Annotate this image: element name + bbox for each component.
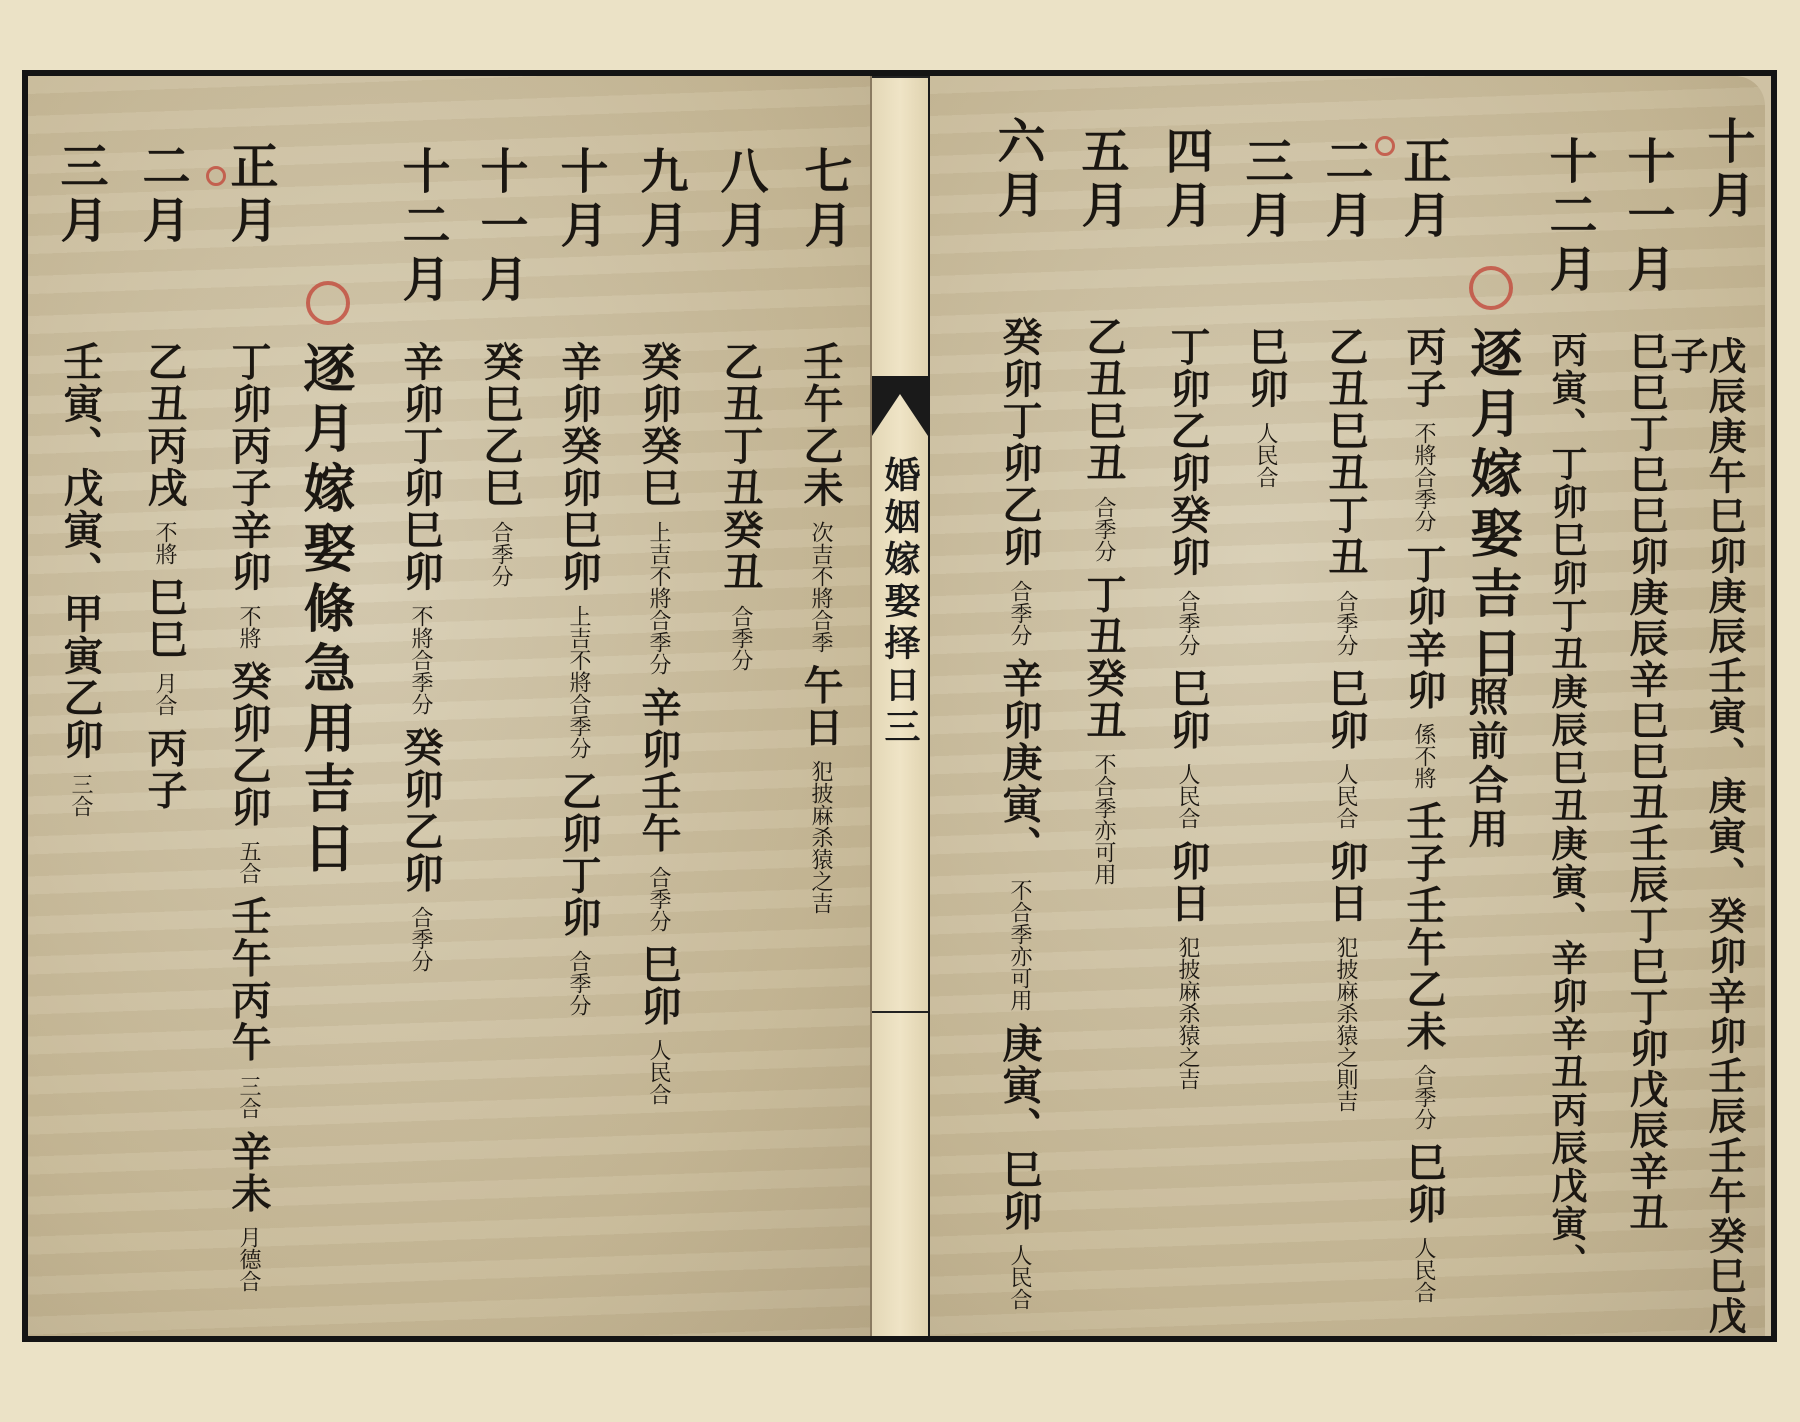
day-list: 壬午丙午 <box>225 895 272 1063</box>
day-note: 係不將 <box>1411 723 1436 789</box>
month-label: 二月 <box>1317 136 1373 244</box>
day-list: 丁卯乙卯癸卯 <box>1164 326 1211 578</box>
month-10: 十月 <box>556 146 604 254</box>
section-heading: 逐月嫁娶條急用吉日 <box>298 341 350 881</box>
column-eleventh-month: 十一月 <box>1623 136 1671 298</box>
column-twelfth-month: 十二月 <box>1545 136 1593 298</box>
day-note: 合季分 <box>1333 590 1358 656</box>
month-2-entries: 乙丑巳丑丁丑 合季分 巳卯 人民合 卯日 犯披麻杀猿之則吉 <box>1325 326 1365 1118</box>
urgent-month-1: 正月 <box>226 141 274 249</box>
month-11-entries: 癸巳乙巳 合季分 <box>480 341 520 593</box>
eleventh-month-days: 巳巳丁巳巳卯庚辰辛巳巳丑壬辰丁巳丁卯戊辰辛丑 <box>1626 331 1665 1233</box>
section-subheading: 照前合用 <box>1465 676 1505 852</box>
spine-title: 婚姻嫁娶择日三 <box>872 456 928 750</box>
month-label: 正月 <box>1395 136 1451 244</box>
tenth-month-days: 戊辰庚午巳卯庚辰壬寅、庚寅、癸卯辛卯壬辰壬午癸巳戊子 <box>1667 336 1743 1336</box>
month-label: 十一月 <box>472 146 528 308</box>
day-list: 壬寅、戊寅、甲寅乙卯 <box>57 341 104 761</box>
day-note: 合季分 <box>1175 590 1200 656</box>
month-label: 十月 <box>552 146 608 254</box>
month-10-entries: 辛卯癸卯巳卯 上吉不將合季分 乙卯丁卯 合季分 <box>558 341 598 1022</box>
day-note: 人民合 <box>1175 763 1200 829</box>
month-12: 十二月 <box>398 146 446 308</box>
day-note: 合季分 <box>408 906 433 972</box>
day-note: 合季分 <box>1091 496 1116 562</box>
day-note: 犯披麻杀猿之吉 <box>1175 936 1200 1090</box>
month-4-entries: 丁卯乙卯癸卯 合季分 巳卯 人民合 卯日 犯披麻杀猿之吉 <box>1167 326 1207 1096</box>
month-label: 正月 <box>222 141 278 249</box>
fish-tail-mark-icon <box>872 376 928 436</box>
month-2: 二月 <box>1321 136 1369 244</box>
day-list: 辛卯丁卯巳卯 <box>397 341 444 593</box>
month-label: 十二月 <box>1541 136 1597 298</box>
day-note: 人民合 <box>1007 1244 1032 1310</box>
day-note: 不將 <box>152 521 177 565</box>
day-list: 丙子 <box>1400 326 1447 410</box>
day-note: 合季分 <box>728 605 753 671</box>
twelfth-month-days: 丙寅、丁卯巳卯丁丑庚辰巳丑庚寅、辛卯辛丑丙辰戊寅、 <box>1549 331 1585 1281</box>
day-list: 丁丑癸丑 <box>1080 573 1127 741</box>
urgent-month-3-entries: 壬寅、戊寅、甲寅乙卯 三合 <box>60 341 100 823</box>
urgent-month-1-entries: 丁卯丙子辛卯 不將 癸卯乙卯 五合 壬午丙午 三合 辛未 月德合 <box>228 341 268 1298</box>
day-list: 辛卯壬午 <box>635 686 682 854</box>
month-7-entries: 壬午乙未 次吉不將合季 午日 犯披麻杀猿之吉 <box>800 341 840 920</box>
day-note: 三合 <box>236 1075 261 1119</box>
day-list: 巳卯 <box>1164 667 1211 751</box>
month-label: 十月 <box>1699 116 1755 224</box>
day-note: 犯披麻杀猿之吉 <box>808 760 833 914</box>
day-note: 月合 <box>152 672 177 716</box>
day-list: 癸卯丁卯乙卯 <box>996 316 1043 568</box>
column-tenth-month: 十月 <box>1703 116 1751 224</box>
day-list: 卯日 <box>1322 840 1369 924</box>
month-3-entries: 巳卯 人民合 <box>1245 326 1285 494</box>
day-list: 辛卯癸卯巳卯 <box>555 341 602 593</box>
day-note: 人民合 <box>1411 1237 1436 1303</box>
day-list: 巳卯 <box>1242 326 1289 410</box>
day-note: 次吉不將合季 <box>808 521 833 653</box>
day-note: 犯披麻杀猿之則吉 <box>1333 936 1358 1112</box>
page-number: 三 <box>879 708 921 750</box>
day-list: 癸巳乙巳 <box>477 341 524 509</box>
month-label: 八月 <box>712 146 768 254</box>
red-circle-mark <box>1375 136 1395 156</box>
day-list: 巳卯 <box>1322 667 1369 751</box>
spine-title-text: 婚姻嫁娶择日 <box>879 456 921 708</box>
day-list: 卯日 <box>1164 840 1211 924</box>
day-note: 合季分 <box>566 950 591 1016</box>
month-6-entries: 癸卯丁卯乙卯 合季分 辛卯庚寅、 不合季亦可用 庚寅、巳卯 人民合 <box>999 316 1039 1316</box>
spine-rule <box>872 1011 928 1013</box>
day-list: 乙丑丁丑癸丑 <box>717 341 764 593</box>
spine-rule <box>872 76 928 78</box>
day-list: 辛未 <box>225 1130 272 1214</box>
month-label: 三月 <box>1237 136 1293 244</box>
month-5: 五月 <box>1077 126 1125 234</box>
red-circle-seal <box>306 281 350 325</box>
month-9: 九月 <box>636 146 684 254</box>
day-list: 丙子 <box>141 727 188 811</box>
day-note: 五合 <box>236 840 261 884</box>
month-1-entries: 丙子 不將合季分 丁卯辛卯 係不將 壬子壬午乙未 合季分 巳卯 人民合 <box>1403 326 1443 1309</box>
day-list: 巳卯 <box>635 943 682 1027</box>
month-5-entries: 乙丑巳丑 合季分 丁丑癸丑 不合季亦可用 <box>1083 316 1123 891</box>
day-list: 丁卯丙子辛卯 <box>225 341 272 593</box>
month-11: 十一月 <box>476 146 524 308</box>
red-circle-seal <box>1469 266 1513 310</box>
day-note: 上吉不將合季分 <box>646 521 671 675</box>
month-1: 正月 <box>1399 136 1447 244</box>
month-label: 四月 <box>1157 126 1213 234</box>
day-note: 月德合 <box>236 1226 261 1292</box>
day-note: 人民合 <box>1253 422 1278 488</box>
urgent-month-2: 二月 <box>138 141 186 249</box>
day-note: 不合季亦可用 <box>1007 879 1032 1011</box>
day-list: 壬子壬午乙未 <box>1400 800 1447 1052</box>
day-list: 癸卯乙卯 <box>225 660 272 828</box>
month-label: 五月 <box>1073 126 1129 234</box>
day-list: 丁卯辛卯 <box>1400 543 1447 711</box>
day-note: 不合季亦可用 <box>1091 753 1116 885</box>
day-note: 合季分 <box>646 866 671 932</box>
day-note: 不將合季分 <box>1411 422 1436 532</box>
day-note: 合季分 <box>488 521 513 587</box>
day-note: 人民合 <box>1333 763 1358 829</box>
month-label: 二月 <box>134 141 190 249</box>
book-spine: 婚姻嫁娶择日三 <box>870 76 930 1336</box>
month-label: 六月 <box>989 116 1045 224</box>
month-7: 七月 <box>800 146 848 254</box>
month-label: 七月 <box>796 146 852 254</box>
day-list: 庚寅、巳卯 <box>996 1022 1043 1232</box>
month-12-entries: 辛卯丁卯巳卯 不將合季分 癸卯乙卯 合季分 <box>400 341 440 978</box>
day-note: 合季分 <box>1007 580 1032 646</box>
month-label: 十二月 <box>394 146 450 308</box>
day-note: 上吉不將合季分 <box>566 605 591 759</box>
month-9-entries: 癸卯癸巳 上吉不將合季分 辛卯壬午 合季分 巳卯 人民合 <box>638 341 678 1111</box>
month-6: 六月 <box>993 116 1041 224</box>
day-list: 乙丑巳丑丁丑 <box>1322 326 1369 578</box>
day-list: 壬午乙未 <box>797 341 844 509</box>
urgent-month-2-entries: 乙丑丙戌 不將 巳巳 月合 丙子 <box>144 341 184 823</box>
day-note: 合季分 <box>1411 1064 1436 1130</box>
day-list: 巳巳 <box>141 576 188 660</box>
day-list: 癸卯乙卯 <box>397 726 444 894</box>
month-label: 十一月 <box>1619 136 1675 298</box>
month-label: 三月 <box>52 141 108 249</box>
day-list: 午日 <box>797 664 844 748</box>
month-3: 三月 <box>1241 136 1289 244</box>
month-8-entries: 乙丑丁丑癸丑 合季分 <box>720 341 760 677</box>
right-page: 十月 戊辰庚午巳卯庚辰壬寅、庚寅、癸卯辛卯壬辰壬午癸巳戊子 十一月 巳巳丁巳巳卯… <box>930 76 1765 1336</box>
day-list: 乙丑丙戌 <box>141 341 188 509</box>
month-8: 八月 <box>716 146 764 254</box>
urgent-month-3: 三月 <box>56 141 104 249</box>
day-list: 癸卯癸巳 <box>635 341 682 509</box>
day-note: 不將合季分 <box>408 605 433 715</box>
day-note: 不將 <box>236 605 261 649</box>
left-page: 七月 壬午乙未 次吉不將合季 午日 犯披麻杀猿之吉 八月 乙丑丁丑癸丑 合季分 … <box>28 76 872 1336</box>
section-heading: 逐月嫁娶吉日 <box>1465 326 1517 686</box>
day-list: 巳卯 <box>1400 1141 1447 1225</box>
day-note: 人民合 <box>646 1039 671 1105</box>
day-list: 乙卯丁卯 <box>555 770 602 938</box>
month-4: 四月 <box>1161 126 1209 234</box>
day-list: 辛卯庚寅、 <box>996 657 1043 867</box>
month-label: 九月 <box>632 146 688 254</box>
day-list: 乙丑巳丑 <box>1080 316 1127 484</box>
day-note: 三合 <box>68 773 93 817</box>
